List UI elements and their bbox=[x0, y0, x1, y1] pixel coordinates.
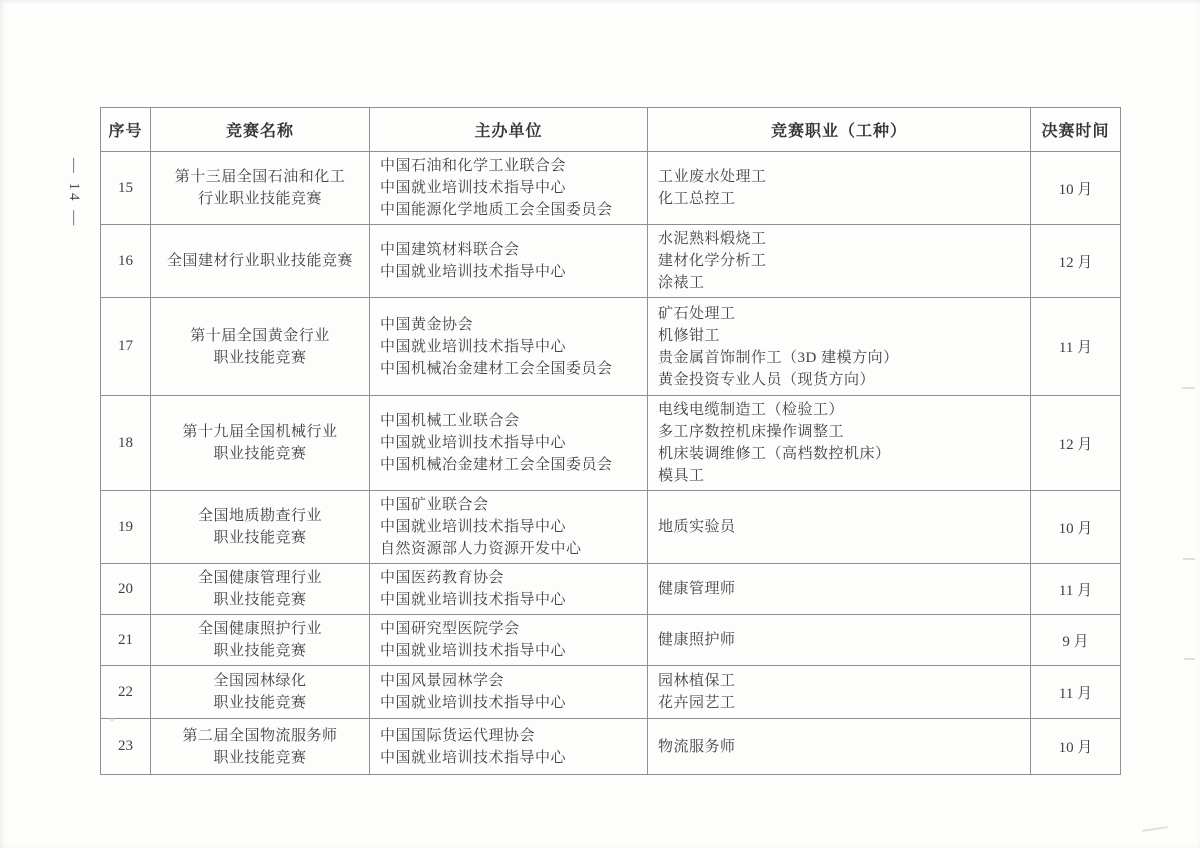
occupation-cell: 园林植保工花卉园艺工 bbox=[648, 666, 1031, 719]
cell-line: 多工序数控机床操作调整工 bbox=[658, 421, 1024, 443]
final-time-cell: 11 月 bbox=[1031, 298, 1121, 396]
cell-line: 第十届全国黄金行业 bbox=[157, 325, 363, 347]
organizer-cell: 中国石油和化学工业联合会中国就业培训技术指导中心中国能源化学地质工会全国委员会 bbox=[370, 152, 648, 225]
table-row: 19全国地质勘查行业职业技能竞赛中国矿业联合会中国就业培训技术指导中心自然资源部… bbox=[101, 491, 1121, 564]
cell-line: 中国机械冶金建材工会全国委员会 bbox=[380, 358, 641, 380]
cell-line: 第十三届全国石油和化工 bbox=[157, 166, 363, 188]
cell-line: 中国黄金协会 bbox=[380, 314, 641, 336]
organizer-cell: 中国医药教育协会中国就业培训技术指导中心 bbox=[370, 564, 648, 615]
cell-line: 建材化学分析工 bbox=[658, 250, 1024, 272]
occupation-cell: 地质实验员 bbox=[648, 491, 1031, 564]
cell-line: 中国研究型医院学会 bbox=[380, 618, 641, 640]
table-row: 17第十届全国黄金行业职业技能竞赛中国黄金协会中国就业培训技术指导中心中国机械冶… bbox=[101, 298, 1121, 396]
serial-number-cell: 15 bbox=[101, 152, 151, 225]
cell-line: 机床装调维修工（高档数控机床） bbox=[658, 443, 1024, 465]
competition-name-cell: 全国建材行业职业技能竞赛 bbox=[151, 225, 370, 298]
final-time-cell: 9 月 bbox=[1031, 615, 1121, 666]
table-row: 22全国园林绿化职业技能竞赛中国风景园林学会中国就业培训技术指导中心园林植保工花… bbox=[101, 666, 1121, 719]
occupation-cell: 工业废水处理工化工总控工 bbox=[648, 152, 1031, 225]
table-row: 15第十三届全国石油和化工行业职业技能竞赛中国石油和化学工业联合会中国就业培训技… bbox=[101, 152, 1121, 225]
cell-line: 职业技能竞赛 bbox=[157, 347, 363, 369]
scan-artifact bbox=[1142, 826, 1168, 832]
cell-line: 职业技能竞赛 bbox=[157, 640, 363, 662]
serial-number-cell: 17 bbox=[101, 298, 151, 396]
scan-artifact bbox=[110, 718, 114, 721]
cell-line: 中国矿业联合会 bbox=[380, 494, 641, 516]
cell-line: 中国机械工业联合会 bbox=[380, 410, 641, 432]
header-serial-number: 序号 bbox=[101, 108, 151, 152]
cell-line: 第十九届全国机械行业 bbox=[157, 421, 363, 443]
table-row: 20全国健康管理行业职业技能竞赛中国医药教育协会中国就业培训技术指导中心健康管理… bbox=[101, 564, 1121, 615]
header-organizer: 主办单位 bbox=[370, 108, 648, 152]
cell-line: 化工总控工 bbox=[658, 188, 1024, 210]
competitions-table: 序号 竞赛名称 主办单位 竞赛职业（工种） 决赛时间 15第十三届全国石油和化工… bbox=[100, 107, 1121, 775]
occupation-cell: 水泥熟料煅烧工建材化学分析工涂裱工 bbox=[648, 225, 1031, 298]
competition-name-cell: 第十届全国黄金行业职业技能竞赛 bbox=[151, 298, 370, 396]
occupation-cell: 健康管理师 bbox=[648, 564, 1031, 615]
final-time-cell: 10 月 bbox=[1031, 719, 1121, 775]
cell-line: 电线电缆制造工（检验工） bbox=[658, 399, 1024, 421]
organizer-cell: 中国国际货运代理协会中国就业培训技术指导中心 bbox=[370, 719, 648, 775]
cell-line: 职业技能竞赛 bbox=[157, 443, 363, 465]
occupation-cell: 健康照护师 bbox=[648, 615, 1031, 666]
cell-line: 中国就业培训技术指导中心 bbox=[380, 261, 641, 283]
header-occupation: 竞赛职业（工种） bbox=[648, 108, 1031, 152]
competition-name-cell: 全国地质勘查行业职业技能竞赛 bbox=[151, 491, 370, 564]
occupation-cell: 矿石处理工机修钳工贵金属首饰制作工（3D 建模方向）黄金投资专业人员（现货方向） bbox=[648, 298, 1031, 396]
page-number: — 14 — bbox=[62, 128, 82, 258]
organizer-cell: 中国研究型医院学会中国就业培训技术指导中心 bbox=[370, 615, 648, 666]
table-row: 18第十九届全国机械行业职业技能竞赛中国机械工业联合会中国就业培训技术指导中心中… bbox=[101, 396, 1121, 491]
serial-number-cell: 18 bbox=[101, 396, 151, 491]
cell-line: 黄金投资专业人员（现货方向） bbox=[658, 369, 1024, 391]
competition-name-cell: 第十九届全国机械行业职业技能竞赛 bbox=[151, 396, 370, 491]
cell-line: 全国建材行业职业技能竞赛 bbox=[157, 250, 363, 272]
scan-artifact bbox=[1183, 558, 1195, 560]
competition-name-cell: 全国园林绿化职业技能竞赛 bbox=[151, 666, 370, 719]
cell-line: 职业技能竞赛 bbox=[157, 692, 363, 714]
cell-line: 工业废水处理工 bbox=[658, 166, 1024, 188]
cell-line: 健康照护师 bbox=[658, 629, 1024, 651]
cell-line: 全国地质勘查行业 bbox=[157, 505, 363, 527]
scan-artifact bbox=[1184, 658, 1195, 660]
cell-line: 矿石处理工 bbox=[658, 303, 1024, 325]
occupation-cell: 物流服务师 bbox=[648, 719, 1031, 775]
document-page: — 14 — 序号 竞赛名称 主办单位 竞赛职业（工种） 决赛时间 15第十三届… bbox=[0, 0, 1200, 848]
cell-line: 中国就业培训技术指导中心 bbox=[380, 336, 641, 358]
cell-line: 中国就业培训技术指导中心 bbox=[380, 589, 641, 611]
final-time-cell: 12 月 bbox=[1031, 225, 1121, 298]
serial-number-cell: 20 bbox=[101, 564, 151, 615]
organizer-cell: 中国建筑材料联合会中国就业培训技术指导中心 bbox=[370, 225, 648, 298]
cell-line: 水泥熟料煅烧工 bbox=[658, 228, 1024, 250]
cell-line: 涂裱工 bbox=[658, 272, 1024, 294]
header-competition-name: 竞赛名称 bbox=[151, 108, 370, 152]
cell-line: 中国医药教育协会 bbox=[380, 567, 641, 589]
table-body: 15第十三届全国石油和化工行业职业技能竞赛中国石油和化学工业联合会中国就业培训技… bbox=[101, 152, 1121, 775]
table-row: 16全国建材行业职业技能竞赛中国建筑材料联合会中国就业培训技术指导中心水泥熟料煅… bbox=[101, 225, 1121, 298]
cell-line: 中国就业培训技术指导中心 bbox=[380, 177, 641, 199]
cell-line: 全国健康管理行业 bbox=[157, 567, 363, 589]
cell-line: 中国风景园林学会 bbox=[380, 670, 641, 692]
header-final-time: 决赛时间 bbox=[1031, 108, 1121, 152]
cell-line: 职业技能竞赛 bbox=[157, 589, 363, 611]
competition-name-cell: 第十三届全国石油和化工行业职业技能竞赛 bbox=[151, 152, 370, 225]
cell-line: 中国能源化学地质工会全国委员会 bbox=[380, 199, 641, 221]
final-time-cell: 10 月 bbox=[1031, 152, 1121, 225]
cell-line: 中国就业培训技术指导中心 bbox=[380, 432, 641, 454]
cell-line: 职业技能竞赛 bbox=[157, 747, 363, 769]
cell-line: 自然资源部人力资源开发中心 bbox=[380, 538, 641, 560]
competition-name-cell: 全国健康管理行业职业技能竞赛 bbox=[151, 564, 370, 615]
cell-line: 健康管理师 bbox=[658, 578, 1024, 600]
cell-line: 地质实验员 bbox=[658, 516, 1024, 538]
competition-name-cell: 全国健康照护行业职业技能竞赛 bbox=[151, 615, 370, 666]
cell-line: 第二届全国物流服务师 bbox=[157, 725, 363, 747]
cell-line: 中国石油和化学工业联合会 bbox=[380, 155, 641, 177]
occupation-cell: 电线电缆制造工（检验工）多工序数控机床操作调整工机床装调维修工（高档数控机床）模… bbox=[648, 396, 1031, 491]
cell-line: 花卉园艺工 bbox=[658, 692, 1024, 714]
competition-name-cell: 第二届全国物流服务师职业技能竞赛 bbox=[151, 719, 370, 775]
serial-number-cell: 21 bbox=[101, 615, 151, 666]
cell-line: 中国建筑材料联合会 bbox=[380, 239, 641, 261]
organizer-cell: 中国风景园林学会中国就业培训技术指导中心 bbox=[370, 666, 648, 719]
cell-line: 中国就业培训技术指导中心 bbox=[380, 640, 641, 662]
cell-line: 模具工 bbox=[658, 465, 1024, 487]
cell-line: 行业职业技能竞赛 bbox=[157, 188, 363, 210]
final-time-cell: 11 月 bbox=[1031, 564, 1121, 615]
cell-line: 中国就业培训技术指导中心 bbox=[380, 516, 641, 538]
serial-number-cell: 22 bbox=[101, 666, 151, 719]
table-row: 23第二届全国物流服务师职业技能竞赛中国国际货运代理协会中国就业培训技术指导中心… bbox=[101, 719, 1121, 775]
cell-line: 中国就业培训技术指导中心 bbox=[380, 747, 641, 769]
cell-line: 机修钳工 bbox=[658, 325, 1024, 347]
final-time-cell: 10 月 bbox=[1031, 491, 1121, 564]
cell-line: 贵金属首饰制作工（3D 建模方向） bbox=[658, 347, 1024, 369]
table-header-row: 序号 竞赛名称 主办单位 竞赛职业（工种） 决赛时间 bbox=[101, 108, 1121, 152]
serial-number-cell: 16 bbox=[101, 225, 151, 298]
cell-line: 中国就业培训技术指导中心 bbox=[380, 692, 641, 714]
cell-line: 园林植保工 bbox=[658, 670, 1024, 692]
table-row: 21全国健康照护行业职业技能竞赛中国研究型医院学会中国就业培训技术指导中心健康照… bbox=[101, 615, 1121, 666]
cell-line: 中国国际货运代理协会 bbox=[380, 725, 641, 747]
final-time-cell: 12 月 bbox=[1031, 396, 1121, 491]
cell-line: 中国机械冶金建材工会全国委员会 bbox=[380, 454, 641, 476]
organizer-cell: 中国矿业联合会中国就业培训技术指导中心自然资源部人力资源开发中心 bbox=[370, 491, 648, 564]
organizer-cell: 中国黄金协会中国就业培训技术指导中心中国机械冶金建材工会全国委员会 bbox=[370, 298, 648, 396]
scan-artifact bbox=[1182, 387, 1195, 389]
serial-number-cell: 19 bbox=[101, 491, 151, 564]
cell-line: 职业技能竞赛 bbox=[157, 527, 363, 549]
cell-line: 物流服务师 bbox=[658, 736, 1024, 758]
organizer-cell: 中国机械工业联合会中国就业培训技术指导中心中国机械冶金建材工会全国委员会 bbox=[370, 396, 648, 491]
serial-number-cell: 23 bbox=[101, 719, 151, 775]
cell-line: 全国健康照护行业 bbox=[157, 618, 363, 640]
cell-line: 全国园林绿化 bbox=[157, 670, 363, 692]
final-time-cell: 11 月 bbox=[1031, 666, 1121, 719]
